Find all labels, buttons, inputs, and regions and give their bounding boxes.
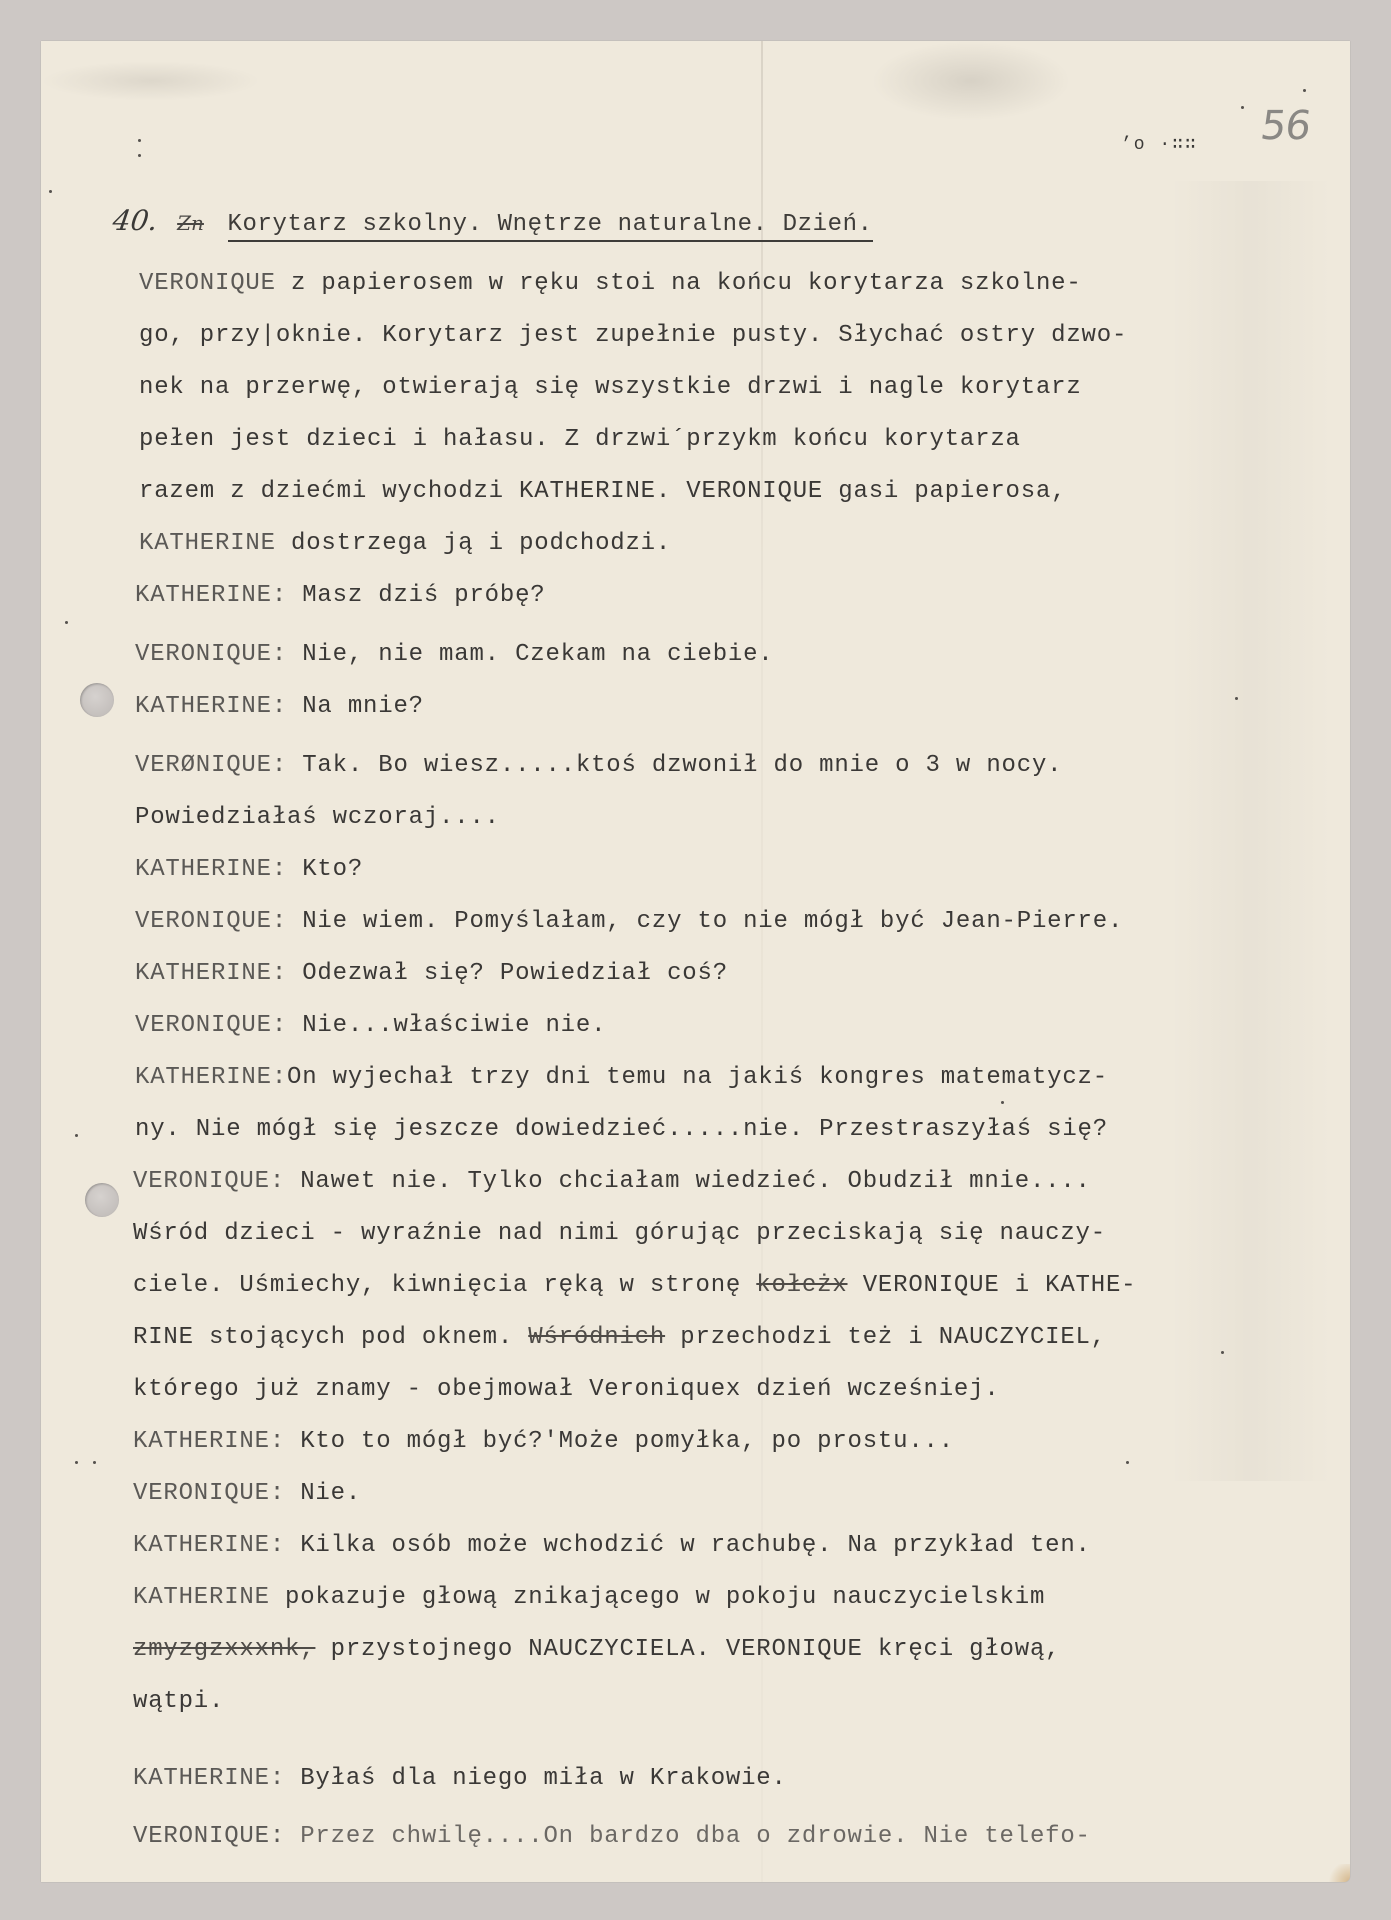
dialogue-line: KATHERINE: Masz dziś próbę? (135, 582, 545, 609)
line-text: On wyjechał trzy dni temu na jakiś kongr… (287, 1064, 1108, 1091)
line-text: Wśród dzieci - wyraźnie nad nimi górując… (133, 1220, 1106, 1247)
script-line: go, przy|oknie. Korytarz jest zupełnie p… (139, 322, 1127, 349)
line-text: Przez chwilę....On bardzo dba o zdrowie.… (285, 1823, 1091, 1850)
script-line: razem z dziećmi wychodzi KATHERINE. VERO… (139, 478, 1066, 505)
ink-speck (65, 621, 68, 624)
line-text: wątpi. (133, 1688, 224, 1715)
dialogue-line: VERONIQUE: Przez chwilę....On bardzo dba… (133, 1823, 1091, 1850)
character-name: KATHERINE (139, 530, 276, 557)
line-text: Nie wiem. Pomyślałam, czy to nie mógł by… (287, 908, 1123, 935)
line-text: nek na przerwę, otwierają się wszystkie … (139, 374, 1082, 401)
script-line: KATHERINE pokazuje głową znikającego w p… (133, 1584, 1045, 1611)
line-text: go, przy|oknie. Korytarz jest zupełnie p… (139, 322, 1127, 349)
line-text: RINE stojących pod oknem. (133, 1324, 528, 1351)
character-name: KATHERINE: (135, 960, 287, 987)
script-line: zmyzgzxxxnk, przystojnego NAUCZYCIELA. V… (133, 1636, 1060, 1663)
ink-speck (75, 1134, 78, 1137)
corner-stain (1328, 1864, 1350, 1882)
punch-hole-icon (85, 1183, 119, 1217)
dialogue-line: VERONIQUE: Nawet nie. Tylko chciałam wie… (133, 1168, 1091, 1195)
character-name: VERONIQUE: (135, 1012, 287, 1039)
dialogue-line: ny. Nie mógł się jeszcze dowiedzieć.....… (135, 1116, 1108, 1143)
character-name: VERONIQUE: (135, 908, 287, 935)
dialogue-line: VERONIQUE: Nie...właściwie nie. (135, 1012, 606, 1039)
line-text: VERONIQUE i KATHE- (848, 1272, 1137, 1299)
line-text: dostrzega ją i podchodzi. (276, 530, 671, 557)
line-text: Nawet nie. Tylko chciałam wiedzieć. Obud… (285, 1168, 1091, 1195)
character-name: VERONIQUE: (133, 1168, 285, 1195)
script-line: RINE stojących pod oknem. Wśródnich prze… (133, 1324, 1106, 1351)
ink-speck (138, 139, 141, 142)
ink-speck (93, 1461, 96, 1464)
scene-title: Korytarz szkolny. Wnętrze naturalne. Dzi… (228, 211, 873, 242)
script-line: wątpi. (133, 1688, 224, 1715)
script-line: nek na przerwę, otwierają się wszystkie … (139, 374, 1082, 401)
script-line: którego już znamy - obejmował Veroniquex… (133, 1376, 1000, 1403)
line-text: Masz dziś próbę? (287, 582, 545, 609)
dialogue-line: KATHERINE: Na mnie? (135, 693, 424, 720)
line-text: ciele. Uśmiechy, kiwnięcia ręką w stronę (133, 1272, 756, 1299)
script-line: Wśród dzieci - wyraźnie nad nimi górując… (133, 1220, 1106, 1247)
dialogue-line: Powiedziałaś wczoraj.... (135, 804, 500, 831)
line-text: przechodzi też i NAUCZYCIEL, (665, 1324, 1106, 1351)
line-text: Odezwał się? Powiedział coś? (287, 960, 728, 987)
handwritten-page-number: 56 (1258, 103, 1313, 149)
struck-prefix: Zn (177, 211, 204, 235)
dialogue-line: VERONIQUE: Nie, nie mam. Czekam na ciebi… (135, 641, 774, 668)
line-text: Na mnie? (287, 693, 424, 720)
script-line: ciele. Uśmiechy, kiwnięcia ręką w stronę… (133, 1272, 1136, 1299)
ink-smudge (41, 61, 261, 101)
dialogue-line: KATHERINE: Odezwał się? Powiedział coś? (135, 960, 728, 987)
character-name: VERØNIQUE: (135, 752, 287, 779)
typed-page: 56 ’o ·∷∷ 40. Zn Korytarz szkolny. Wnętr… (41, 41, 1350, 1882)
ink-speck (1126, 1461, 1129, 1464)
ink-speck (1303, 89, 1306, 92)
line-text: Kilka osób może wchodzić w rachubę. Na p… (285, 1532, 1091, 1559)
dialogue-line: KATHERINE: Kto? (135, 856, 363, 883)
character-name: VERONIQUE (139, 270, 276, 297)
character-name: KATHERINE: (133, 1765, 285, 1792)
character-name: KATHERINE: (135, 693, 287, 720)
character-name: VERONIQUE: (133, 1480, 285, 1507)
character-name: KATHERINE: (135, 856, 287, 883)
ink-speck (49, 190, 52, 193)
dialogue-line: VERONIQUE: Nie wiem. Pomyślałam, czy to … (135, 908, 1123, 935)
character-name: VERONIQUE: (133, 1823, 285, 1850)
ink-speck (138, 154, 141, 157)
line-text: Nie...właściwie nie. (287, 1012, 606, 1039)
ink-speck (1001, 1101, 1004, 1104)
ink-speck (1241, 106, 1244, 109)
struck-word: kołeżx (756, 1272, 847, 1299)
script-line: VERONIQUE z papierosem w ręku stoi na ko… (139, 270, 1082, 297)
line-text: pełen jest dzieci i hałasu. Z drzwi´przy… (139, 426, 1021, 453)
character-name: VERONIQUE: (135, 641, 287, 668)
character-name: KATHERINE (133, 1584, 270, 1611)
struck-word: zmyzgzxxxnk, (133, 1636, 315, 1663)
line-text: z papierosem w ręku stoi na końcu koryta… (276, 270, 1082, 297)
script-line: KATHERINE dostrzega ją i podchodzi. (139, 530, 671, 557)
line-text: Tak. Bo wiesz.....ktoś dzwonił do mnie o… (287, 752, 1062, 779)
script-line: pełen jest dzieci i hałasu. Z drzwi´przy… (139, 426, 1021, 453)
dialogue-line: VERØNIQUE: Tak. Bo wiesz.....ktoś dzwoni… (135, 752, 1062, 779)
line-text: Nie. (285, 1480, 361, 1507)
line-text: razem z dziećmi wychodzi KATHERINE. VERO… (139, 478, 1066, 505)
punch-hole-icon (80, 683, 114, 717)
line-text: Byłaś dla niego miła w Krakowie. (285, 1765, 787, 1792)
line-text: Nie, nie mam. Czekam na ciebie. (287, 641, 773, 668)
line-text: którego już znamy - obejmował Veroniquex… (133, 1376, 1000, 1403)
line-text: ny. Nie mógł się jeszcze dowiedzieć.....… (135, 1116, 1108, 1143)
character-name: KATHERINE: (133, 1532, 285, 1559)
line-text: Powiedziałaś wczoraj.... (135, 804, 500, 831)
character-name: KATHERINE: (135, 1064, 287, 1091)
character-name: KATHERINE: (135, 582, 287, 609)
scene-heading: 40. Zn Korytarz szkolny. Wnętrze natural… (113, 204, 873, 242)
dialogue-line: KATHERINE: Kto to mógł być?'Może pomyłka… (133, 1428, 954, 1455)
dialogue-line: VERONIQUE: Nie. (133, 1480, 361, 1507)
paper-shading (1171, 181, 1331, 1481)
line-text: pokazuje głową znikającego w pokoju nauc… (270, 1584, 1045, 1611)
ink-speck (1221, 1351, 1224, 1354)
struck-word: Wśródnich (528, 1324, 665, 1351)
line-text: Kto to mógł być?'Może pomyłka, po prostu… (285, 1428, 954, 1455)
line-text: przystojnego NAUCZYCIELA. VERONIQUE kręc… (315, 1636, 1060, 1663)
character-name: KATHERINE: (133, 1428, 285, 1455)
scene-number: 40. (111, 204, 160, 237)
archive-stamp: ’o ·∷∷ (1121, 133, 1198, 155)
dialogue-line: KATHERINE: Kilka osób może wchodzić w ra… (133, 1532, 1091, 1559)
ink-speck (1235, 697, 1238, 700)
dialogue-line: KATHERINE: Byłaś dla niego miła w Krakow… (133, 1765, 787, 1792)
ink-speck (75, 1461, 78, 1464)
dialogue-line: KATHERINE:On wyjechał trzy dni temu na j… (135, 1064, 1108, 1091)
line-text: Kto? (287, 856, 363, 883)
